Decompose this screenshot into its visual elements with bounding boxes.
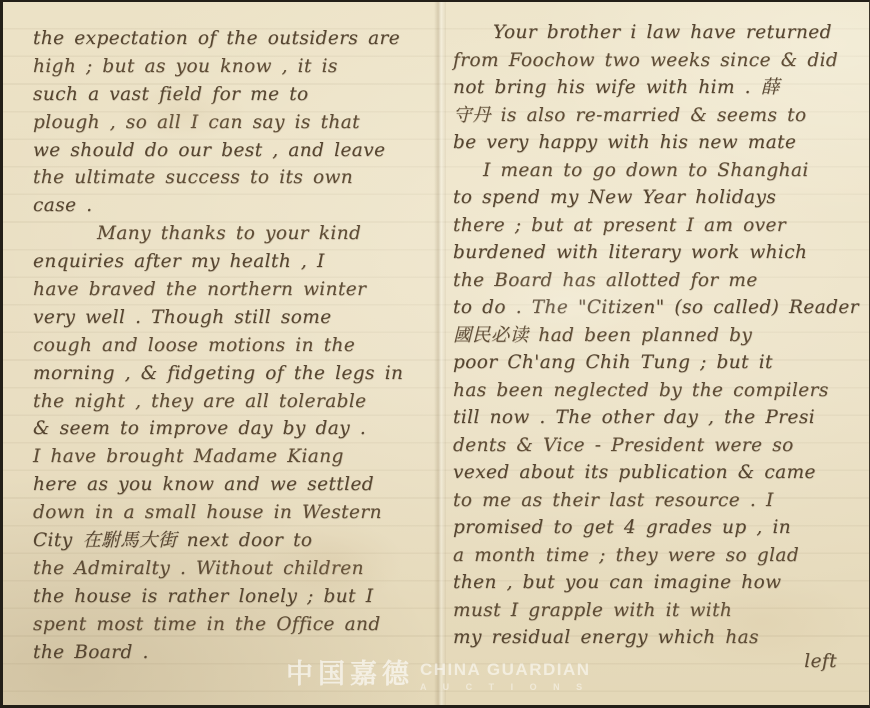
handwritten-line: promised to get 4 grades up , in	[453, 514, 867, 542]
handwritten-line: the Board has allotted for me	[453, 267, 867, 295]
handwritten-line: very well . Though still some	[33, 304, 432, 332]
handwritten-line: 守丹 is also re-married & seems to	[453, 102, 867, 130]
handwritten-line: down in a small house in Western	[33, 499, 432, 527]
letter-page-right: Your brother i law have returned from Fo…	[440, 2, 870, 708]
handwritten-line: such a vast field for me to	[33, 81, 432, 109]
handwritten-line: the house is rather lonely ; but I	[33, 583, 432, 611]
handwritten-line: case .	[33, 192, 432, 220]
handwritten-line: City 在駙馬大街 next door to	[33, 527, 432, 555]
handwritten-line: has been neglected by the compilers	[453, 377, 867, 405]
handwritten-line: to spend my New Year holidays	[453, 184, 867, 212]
handwritten-line: dents & Vice - President were so	[453, 432, 867, 460]
handwritten-line: to do . The "Citizen" (so called) Reader	[453, 294, 867, 322]
handwritten-line: spent most time in the Office and	[33, 611, 432, 639]
handwritten-line: I mean to go down to Shanghai	[453, 157, 867, 185]
handwritten-line: must I grapple with it with	[453, 597, 867, 625]
handwritten-line: the ultimate success to its own	[33, 164, 432, 192]
handwritten-line: burdened with literary work which	[453, 239, 867, 267]
handwritten-line: from Foochow two weeks since & did	[453, 47, 867, 75]
handwritten-line: we should do our best , and leave	[33, 137, 432, 165]
handwritten-line: Many thanks to your kind	[33, 220, 432, 248]
handwritten-line: till now . The other day , the Presi	[453, 404, 867, 432]
handwritten-line: the night , they are all tolerable	[33, 388, 432, 416]
handwritten-catchword: left	[453, 648, 867, 676]
handwritten-line: the Board .	[33, 639, 432, 667]
handwritten-line: I have brought Madame Kiang	[33, 443, 432, 471]
handwritten-line: & seem to improve day by day .	[33, 415, 432, 443]
handwritten-line: Your brother i law have returned	[453, 19, 867, 47]
handwritten-line: vexed about its publication & came	[453, 459, 867, 487]
handwritten-line: then , but you can imagine how	[453, 569, 867, 597]
letter-page-left: the expectation of the outsiders are hig…	[3, 2, 440, 708]
handwritten-line: a month time ; they were so glad	[453, 542, 867, 570]
handwritten-line: morning , & fidgeting of the legs in	[33, 360, 432, 388]
handwritten-line: there ; but at present I am over	[453, 212, 867, 240]
handwritten-line: cough and loose motions in the	[33, 332, 432, 360]
handwritten-line: plough , so all I can say is that	[33, 109, 432, 137]
handwritten-line: be very happy with his new mate	[453, 129, 867, 157]
handwritten-line: have braved the northern winter	[33, 276, 432, 304]
handwritten-line: the Admiralty . Without children	[33, 555, 432, 583]
letter-photo: the expectation of the outsiders are hig…	[0, 0, 870, 708]
handwritten-line: 國民必读 had been planned by	[453, 322, 867, 350]
handwritten-line: the expectation of the outsiders are	[33, 25, 432, 53]
handwritten-line: to me as their last resource . I	[453, 487, 867, 515]
handwritten-line: high ; but as you know , it is	[33, 53, 432, 81]
handwritten-line: poor Ch'ang Chih Tung ; but it	[453, 349, 867, 377]
handwritten-line: here as you know and we settled	[33, 471, 432, 499]
handwritten-line: enquiries after my health , I	[33, 248, 432, 276]
handwritten-line: not bring his wife with him . 薛	[453, 74, 867, 102]
